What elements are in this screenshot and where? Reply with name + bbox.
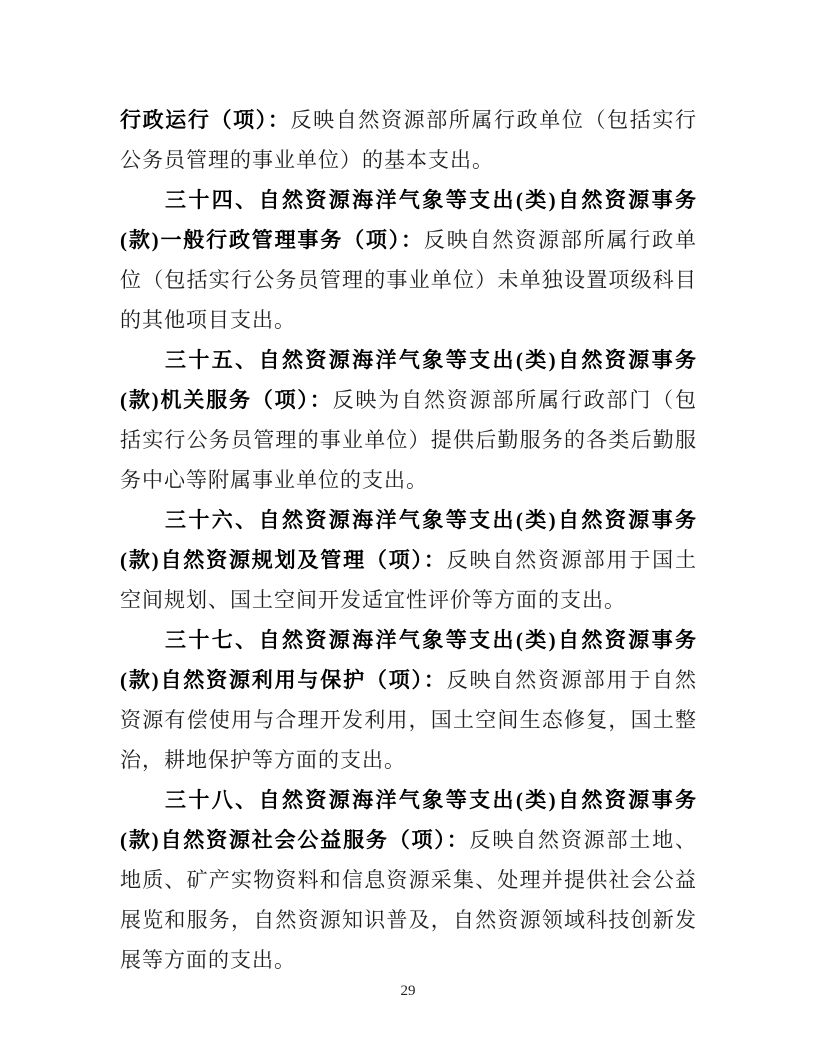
paragraph-xingzheng-yunxing: 行政运行（项）：反映自然资源部所属行政单位（包括实行公务员管理的事业单位）的基本… [120, 100, 697, 180]
paragraph-item-37: 三十七、自然资源海洋气象等支出(类)自然资源事务(款)自然资源利用与保护（项）：… [120, 620, 697, 780]
page-number: 29 [0, 982, 816, 1000]
paragraph-item-35: 三十五、自然资源海洋气象等支出(类)自然资源事务(款)机关服务（项）：反映为自然… [120, 340, 697, 500]
paragraph-item-38: 三十八、自然资源海洋气象等支出(类)自然资源事务(款)自然资源社会公益服务（项）… [120, 780, 697, 980]
document-content: 行政运行（项）：反映自然资源部所属行政单位（包括实行公务员管理的事业单位）的基本… [120, 100, 697, 980]
paragraph-heading: 行政运行（项）： [120, 108, 290, 132]
document-page: 行政运行（项）：反映自然资源部所属行政单位（包括实行公务员管理的事业单位）的基本… [0, 0, 816, 1056]
paragraph-item-34: 三十四、自然资源海洋气象等支出(类)自然资源事务(款)一般行政管理事务（项）：反… [120, 180, 697, 340]
paragraph-item-36: 三十六、自然资源海洋气象等支出(类)自然资源事务(款)自然资源规划及管理（项）：… [120, 500, 697, 620]
